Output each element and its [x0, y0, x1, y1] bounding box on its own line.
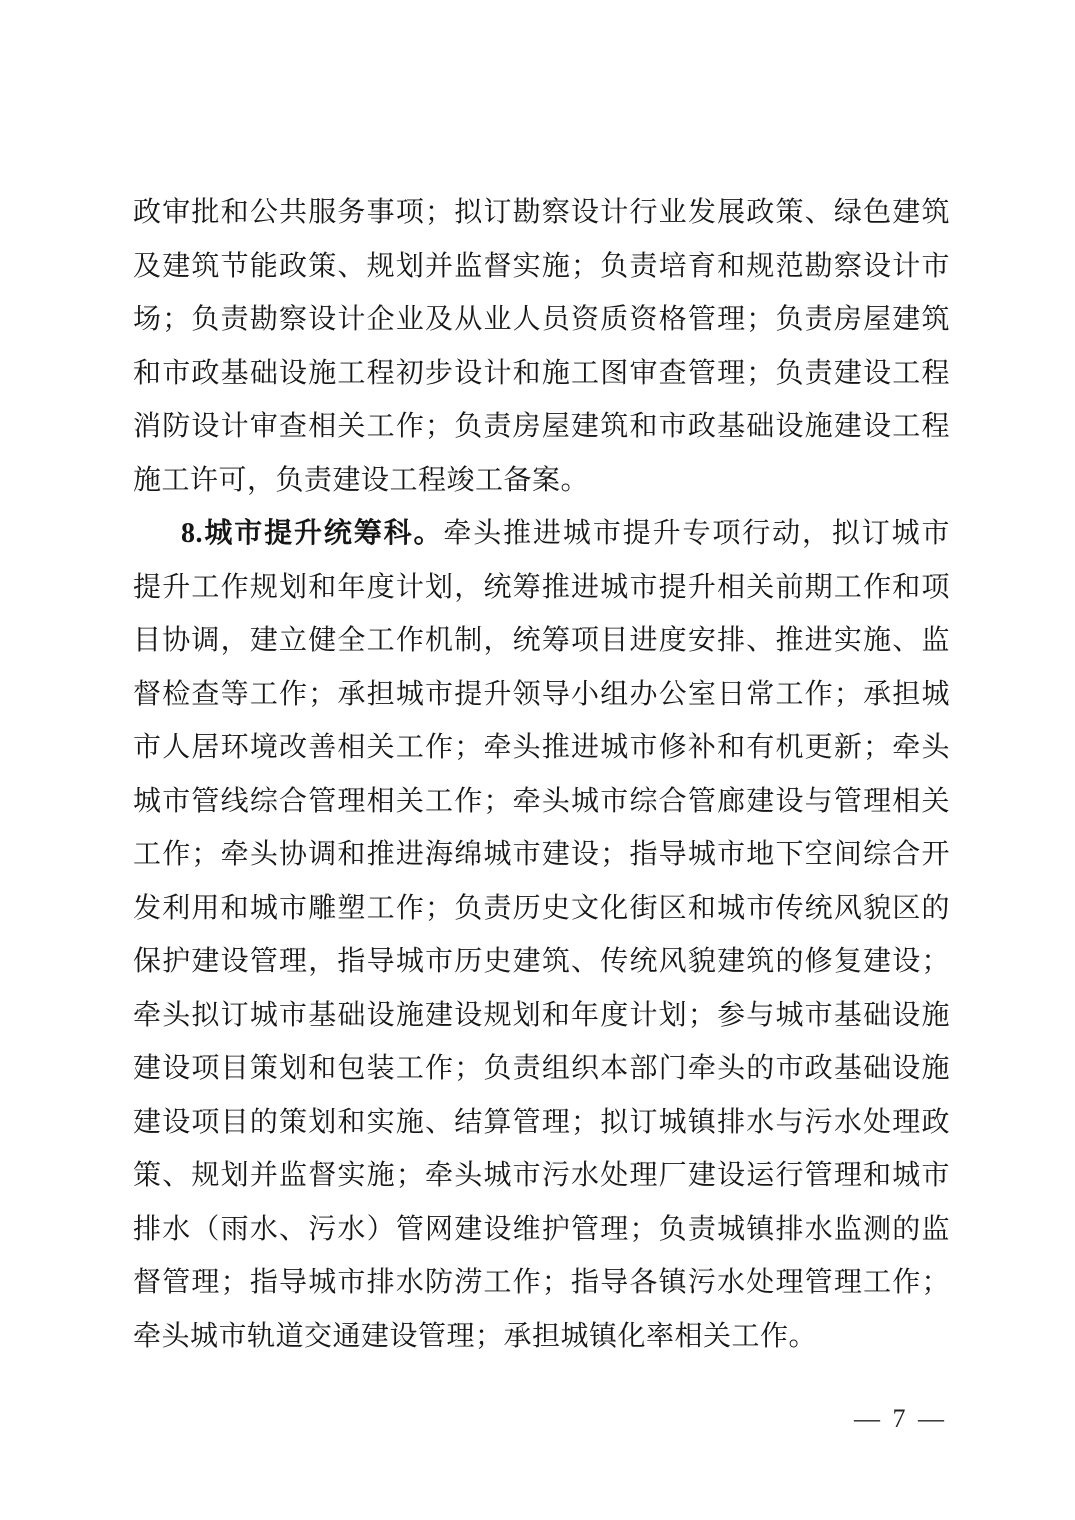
text-line: 目协调，建立健全工作机制，统筹项目进度安排、推进实施、监 — [133, 614, 950, 668]
section-heading: 8.城市提升统筹科。 — [181, 518, 443, 549]
text-line: 政审批和公共服务事项；拟订勘察设计行业发展政策、绿色建筑 — [133, 186, 950, 240]
text-line: 场；负责勘察设计企业及从业人员资质资格管理；负责房屋建筑 — [133, 293, 950, 347]
text-line: 排水（雨水、污水）管网建设维护管理；负责城镇排水监测的监 — [133, 1203, 950, 1257]
text-line: 工作；牵头协调和推进海绵城市建设；指导城市地下空间综合开 — [133, 828, 950, 882]
text-line: 建设项目策划和包装工作；负责组织本部门牵头的市政基础设施 — [133, 1042, 950, 1096]
page-number: — 7 — — [854, 1404, 947, 1434]
document-body: 政审批和公共服务事项；拟订勘察设计行业发展政策、绿色建筑 及建筑节能政策、规划并… — [133, 186, 950, 1363]
text-line: 及建筑节能政策、规划并监督实施；负责培育和规范勘察设计市 — [133, 240, 950, 294]
text-line: 督管理；指导城市排水防涝工作；指导各镇污水处理管理工作； — [133, 1256, 950, 1310]
section-heading-rest: 牵头推进城市提升专项行动，拟订城市 — [443, 518, 950, 549]
text-line: 提升工作规划和年度计划，统筹推进城市提升相关前期工作和项 — [133, 561, 950, 615]
text-line: 策、规划并监督实施；牵头城市污水处理厂建设运行管理和城市 — [133, 1149, 950, 1203]
text-line: 和市政基础设施工程初步设计和施工图审查管理；负责建设工程 — [133, 347, 950, 401]
text-line: 8.城市提升统筹科。牵头推进城市提升专项行动，拟订城市 — [133, 507, 950, 561]
text-line: 消防设计审查相关工作；负责房屋建筑和市政基础设施建设工程 — [133, 400, 950, 454]
text-line: 城市管线综合管理相关工作；牵头城市综合管廊建设与管理相关 — [133, 775, 950, 829]
text-line: 发利用和城市雕塑工作；负责历史文化街区和城市传统风貌区的 — [133, 882, 950, 936]
document-page: 政审批和公共服务事项；拟订勘察设计行业发展政策、绿色建筑 及建筑节能政策、规划并… — [0, 0, 1075, 1520]
text-line: 施工许可，负责建设工程竣工备案。 — [133, 454, 950, 508]
paragraph-city-improvement-section: 8.城市提升统筹科。牵头推进城市提升专项行动，拟订城市 提升工作规划和年度计划，… — [133, 507, 950, 1363]
text-line: 市人居环境改善相关工作；牵头推进城市修补和有机更新；牵头 — [133, 721, 950, 775]
text-line: 保护建设管理，指导城市历史建筑、传统风貌建筑的修复建设； — [133, 935, 950, 989]
text-line: 牵头城市轨道交通建设管理；承担城镇化率相关工作。 — [133, 1310, 950, 1364]
text-line: 督检查等工作；承担城市提升领导小组办公室日常工作；承担城 — [133, 668, 950, 722]
text-line: 牵头拟订城市基础设施建设规划和年度计划；参与城市基础设施 — [133, 989, 950, 1043]
text-line: 建设项目的策划和实施、结算管理；拟订城镇排水与污水处理政 — [133, 1096, 950, 1150]
paragraph-administrative-duties: 政审批和公共服务事项；拟订勘察设计行业发展政策、绿色建筑 及建筑节能政策、规划并… — [133, 186, 950, 507]
